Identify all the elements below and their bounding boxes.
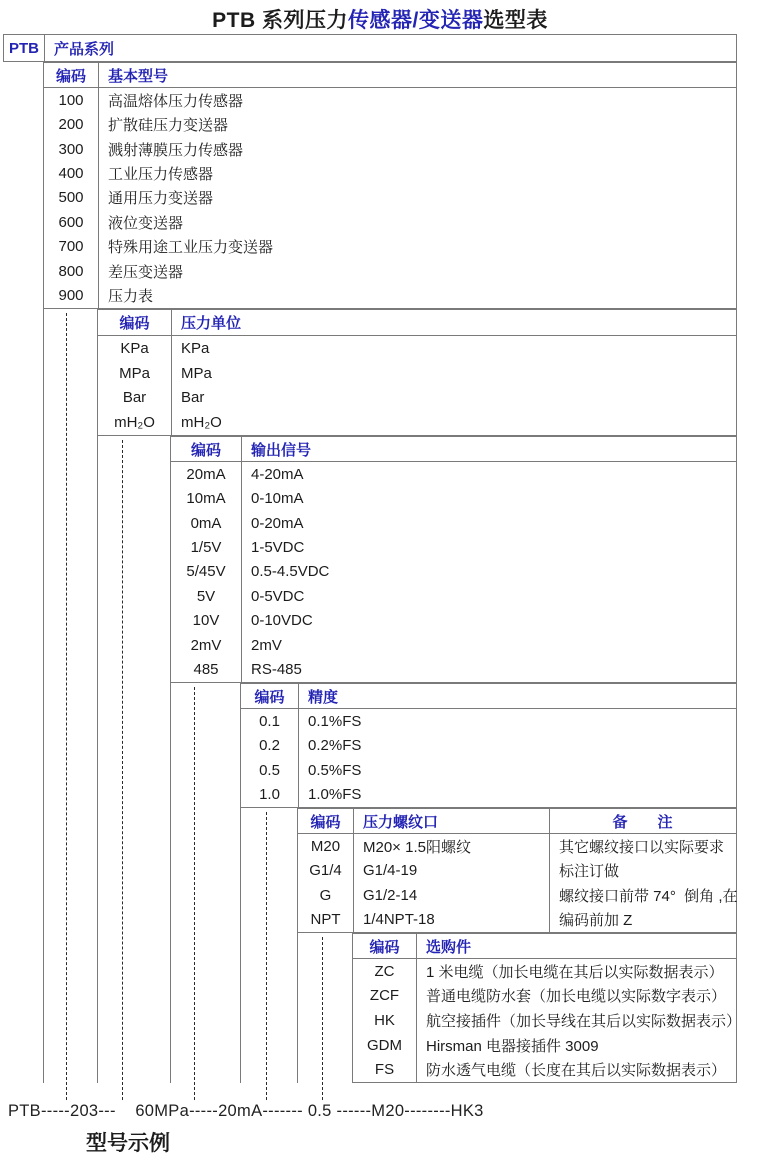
label-cell: 差压变送器 [98, 261, 736, 282]
dashed-connector-line [266, 812, 267, 1100]
code-cell: 100 [44, 92, 98, 109]
code-cell: 0.1 [241, 713, 298, 730]
code-cell: 300 [44, 141, 98, 158]
code-cell: 0.5 [241, 762, 298, 779]
table-row: MPaMPa [98, 361, 736, 386]
header-remark-cell: 备 注 [549, 811, 736, 832]
label-cell: 0-10VDC [241, 612, 736, 629]
header-code-cell: 编码 [353, 936, 416, 957]
label-cell: M20× 1.5阳螺纹 [353, 836, 549, 857]
code-cell: 2mV [171, 637, 241, 654]
label-cell: 工业压力传感器 [98, 163, 736, 184]
label-cell: 0-20mA [241, 515, 736, 532]
table-row: 1/5V1-5VDC [171, 535, 736, 559]
column-divider [171, 310, 172, 435]
series-code-cell: PTB [4, 40, 44, 57]
table-row: ZC1 米电缆（加长电缆在其后以实际数据表示） [353, 959, 736, 984]
output-signal-table: 编码 输出信号 20mA4-20mA 10mA0-10mA 0mA0-20mA … [170, 436, 737, 683]
remark-cell: 其它螺纹接口以实际要求 [549, 836, 736, 857]
code-cell: G1/4 [298, 862, 353, 879]
label-cell: MPa [171, 365, 736, 382]
optional-accessories-table: 编码 选购件 ZC1 米电缆（加长电缆在其后以实际数据表示） ZCF普通电缆防水… [352, 933, 737, 1083]
header-label-cell: 精度 [298, 686, 736, 707]
code-cell: 900 [44, 287, 98, 304]
code-cell: 20mA [171, 466, 241, 483]
table-row: KPaKPa [98, 336, 736, 361]
title-part-3: 选型表 [483, 9, 548, 32]
table-row: 700特殊用途工业压力变送器 [44, 235, 736, 259]
label-cell: 溅射薄膜压力传感器 [98, 139, 736, 160]
table-row: HK航空接插件（加长导线在其后以实际数据表示） [353, 1008, 736, 1033]
label-cell: 扩散硅压力变送器 [98, 114, 736, 135]
table-row: 1.01.0%FS [241, 783, 736, 808]
label-cell: 0.5%FS [298, 762, 736, 779]
table-body: 100高温熔体压力传感器 200扩散硅压力变送器 300溅射薄膜压力传感器 40… [44, 88, 736, 308]
column-border-extension [240, 808, 241, 1083]
code-cell: KPa [98, 340, 171, 357]
code-cell: M20 [298, 838, 353, 855]
column-border-extension [97, 436, 98, 1083]
table-row: 300溅射薄膜压力传感器 [44, 137, 736, 161]
dashed-connector-line [122, 440, 123, 1100]
table-row: 5V0-5VDC [171, 584, 736, 608]
label-cell: Bar [171, 389, 736, 406]
product-series-row: PTB 产品系列 [3, 34, 737, 62]
table-row: BarBar [98, 386, 736, 411]
pressure-unit-table: 编码 压力单位 KPaKPa MPaMPa BarBar mH₂OmH₂O [97, 309, 737, 436]
table-row: 400工业压力传感器 [44, 161, 736, 185]
code-cell: 400 [44, 165, 98, 182]
table-header: 编码 输出信号 [171, 437, 736, 462]
label-cell: 0.1%FS [298, 713, 736, 730]
table-header: 编码 选购件 [353, 934, 736, 959]
table-row: G1/4G1/4-19标注订做 [298, 859, 736, 884]
label-cell: 高温熔体压力传感器 [98, 90, 736, 111]
table-body: ZC1 米电缆（加长电缆在其后以实际数据表示） ZCF普通电缆防水套（加长电缆以… [353, 959, 736, 1082]
code-cell: mH₂O [98, 414, 171, 431]
label-cell: 通用压力变送器 [98, 187, 736, 208]
label-cell: G1/4-19 [353, 862, 549, 879]
code-cell: 5/45V [171, 563, 241, 580]
remark-cell: 螺纹接口前带 74° 倒角 ,在 [549, 885, 738, 906]
table-row: 0.20.2%FS [241, 734, 736, 759]
table-row: 600液位变送器 [44, 210, 736, 234]
label-cell: 压力表 [98, 285, 736, 306]
table-row: ZCF普通电缆防水套（加长电缆以实际数字表示） [353, 984, 736, 1009]
header-code-cell: 编码 [98, 312, 171, 333]
table-row: 200扩散硅压力变送器 [44, 112, 736, 136]
label-cell: RS-485 [241, 661, 736, 678]
label-cell: Hirsman 电器接插件 3009 [416, 1035, 736, 1056]
table-row: 500通用压力变送器 [44, 186, 736, 210]
column-divider [298, 684, 299, 807]
table-header: 编码 压力螺纹口 备 注 [298, 809, 736, 834]
column-border-extension [43, 309, 44, 1083]
header-label-cell: 选购件 [416, 936, 736, 957]
code-cell: ZCF [353, 987, 416, 1004]
code-cell: FS [353, 1061, 416, 1078]
label-cell: 4-20mA [241, 466, 736, 483]
header-label-cell: 输出信号 [241, 439, 736, 460]
code-cell: 5V [171, 588, 241, 605]
table-row: FS防水透气电缆（长度在其后以实际数据表示） [353, 1057, 736, 1082]
dashed-connector-line [66, 313, 67, 1100]
label-cell: G1/2-14 [353, 887, 549, 904]
table-row: 800差压变送器 [44, 259, 736, 283]
table-row: GDMHirsman 电器接插件 3009 [353, 1033, 736, 1058]
table-row: 5/45V0.5-4.5VDC [171, 560, 736, 584]
table-body: KPaKPa MPaMPa BarBar mH₂OmH₂O [98, 336, 736, 435]
table-row: 0mA0-20mA [171, 511, 736, 535]
table-header: 编码 精度 [241, 684, 736, 709]
code-cell: 1.0 [241, 786, 298, 803]
label-cell: 1 米电缆（加长电缆在其后以实际数据表示） [416, 961, 736, 982]
code-cell: NPT [298, 911, 353, 928]
label-cell: 0.2%FS [298, 737, 736, 754]
column-divider [549, 809, 550, 932]
label-cell: 0.5-4.5VDC [241, 563, 736, 580]
table-row: NPT1/4NPT-18编码前加 Z [298, 908, 736, 933]
header-label-cell: 压力螺纹口 [353, 811, 549, 832]
table-body: 20mA4-20mA 10mA0-10mA 0mA0-20mA 1/5V1-5V… [171, 462, 736, 682]
code-cell: ZC [353, 963, 416, 980]
table-body: M20M20× 1.5阳螺纹其它螺纹接口以实际要求 G1/4G1/4-19标注订… [298, 834, 736, 932]
label-cell: 1.0%FS [298, 786, 736, 803]
label-cell: mH₂O [171, 414, 736, 431]
column-border-extension [170, 683, 171, 1083]
table-row: mH₂OmH₂O [98, 410, 736, 435]
table-row: 485RS-485 [171, 658, 736, 682]
header-code-cell: 编码 [171, 439, 241, 460]
example-caption: 型号示例 [86, 1127, 170, 1157]
table-row: 0.50.5%FS [241, 758, 736, 783]
table-row: 100高温熔体压力传感器 [44, 88, 736, 112]
code-cell: 10V [171, 612, 241, 629]
column-border-extension [297, 933, 298, 1083]
code-cell: 0mA [171, 515, 241, 532]
code-cell: Bar [98, 389, 171, 406]
label-cell: 1/4NPT-18 [353, 911, 549, 928]
label-cell: 2mV [241, 637, 736, 654]
code-cell: 1/5V [171, 539, 241, 556]
example-model-number: PTB-----203--- 60MPa-----20mA------- 0.5… [8, 1102, 484, 1121]
pressure-thread-table: 编码 压力螺纹口 备 注 M20M20× 1.5阳螺纹其它螺纹接口以实际要求 G… [297, 808, 737, 933]
code-cell: GDM [353, 1037, 416, 1054]
dashed-connector-line [194, 687, 195, 1100]
header-code-cell: 编码 [44, 65, 98, 86]
code-cell: HK [353, 1012, 416, 1029]
label-cell: 0-5VDC [241, 588, 736, 605]
title-part-1: PTB 系列压力 [212, 9, 348, 32]
header-label-cell: 压力单位 [171, 312, 736, 333]
column-divider [44, 35, 45, 61]
label-cell: 特殊用途工业压力变送器 [98, 236, 736, 257]
code-cell: 600 [44, 214, 98, 231]
column-divider [241, 437, 242, 682]
dashed-connector-line [322, 937, 323, 1100]
table-header: 编码 基本型号 [44, 63, 736, 88]
selection-table-page: PTB 系列压力传感器/变送器选型表 PTB 产品系列 编码 基本型号 100高… [0, 0, 760, 1175]
table-row: 2mV2mV [171, 633, 736, 657]
code-cell: G [298, 887, 353, 904]
series-label-cell: 产品系列 [44, 38, 736, 59]
code-cell: 500 [44, 189, 98, 206]
label-cell: KPa [171, 340, 736, 357]
precision-table: 编码 精度 0.10.1%FS 0.20.2%FS 0.50.5%FS 1.01… [240, 683, 737, 808]
label-cell: 航空接插件（加长导线在其后以实际数据表示） [416, 1010, 741, 1031]
code-cell: MPa [98, 365, 171, 382]
table-body: 0.10.1%FS 0.20.2%FS 0.50.5%FS 1.01.0%FS [241, 709, 736, 807]
label-cell: 0-10mA [241, 490, 736, 507]
table-row: M20M20× 1.5阳螺纹其它螺纹接口以实际要求 [298, 834, 736, 859]
page-title: PTB 系列压力传感器/变送器选型表 [0, 4, 760, 34]
table-row: 10mA0-10mA [171, 486, 736, 510]
code-cell: 700 [44, 238, 98, 255]
table-row: PTB 产品系列 [4, 35, 736, 61]
table-row: 20mA4-20mA [171, 462, 736, 486]
label-cell: 1-5VDC [241, 539, 736, 556]
table-header: 编码 压力单位 [98, 310, 736, 336]
label-cell: 防水透气电缆（长度在其后以实际数据表示） [416, 1059, 736, 1080]
table-row: 0.10.1%FS [241, 709, 736, 734]
label-cell: 液位变送器 [98, 212, 736, 233]
column-divider [353, 809, 354, 932]
header-code-cell: 编码 [241, 686, 298, 707]
header-label-cell: 基本型号 [98, 65, 736, 86]
header-code-cell: 编码 [298, 811, 353, 832]
title-part-2: 传感器/变送器 [348, 9, 483, 32]
remark-cell: 编码前加 Z [549, 909, 736, 930]
table-row: 900压力表 [44, 284, 736, 308]
code-cell: 200 [44, 116, 98, 133]
table-row: 10V0-10VDC [171, 609, 736, 633]
column-divider [98, 63, 99, 308]
remark-cell: 标注订做 [549, 860, 736, 881]
code-cell: 0.2 [241, 737, 298, 754]
code-cell: 485 [171, 661, 241, 678]
table-row: GG1/2-14螺纹接口前带 74° 倒角 ,在 [298, 883, 736, 908]
column-divider [416, 934, 417, 1082]
label-cell: 普通电缆防水套（加长电缆以实际数字表示） [416, 985, 736, 1006]
code-cell: 10mA [171, 490, 241, 507]
basic-model-table: 编码 基本型号 100高温熔体压力传感器 200扩散硅压力变送器 300溅射薄膜… [43, 62, 737, 309]
code-cell: 800 [44, 263, 98, 280]
